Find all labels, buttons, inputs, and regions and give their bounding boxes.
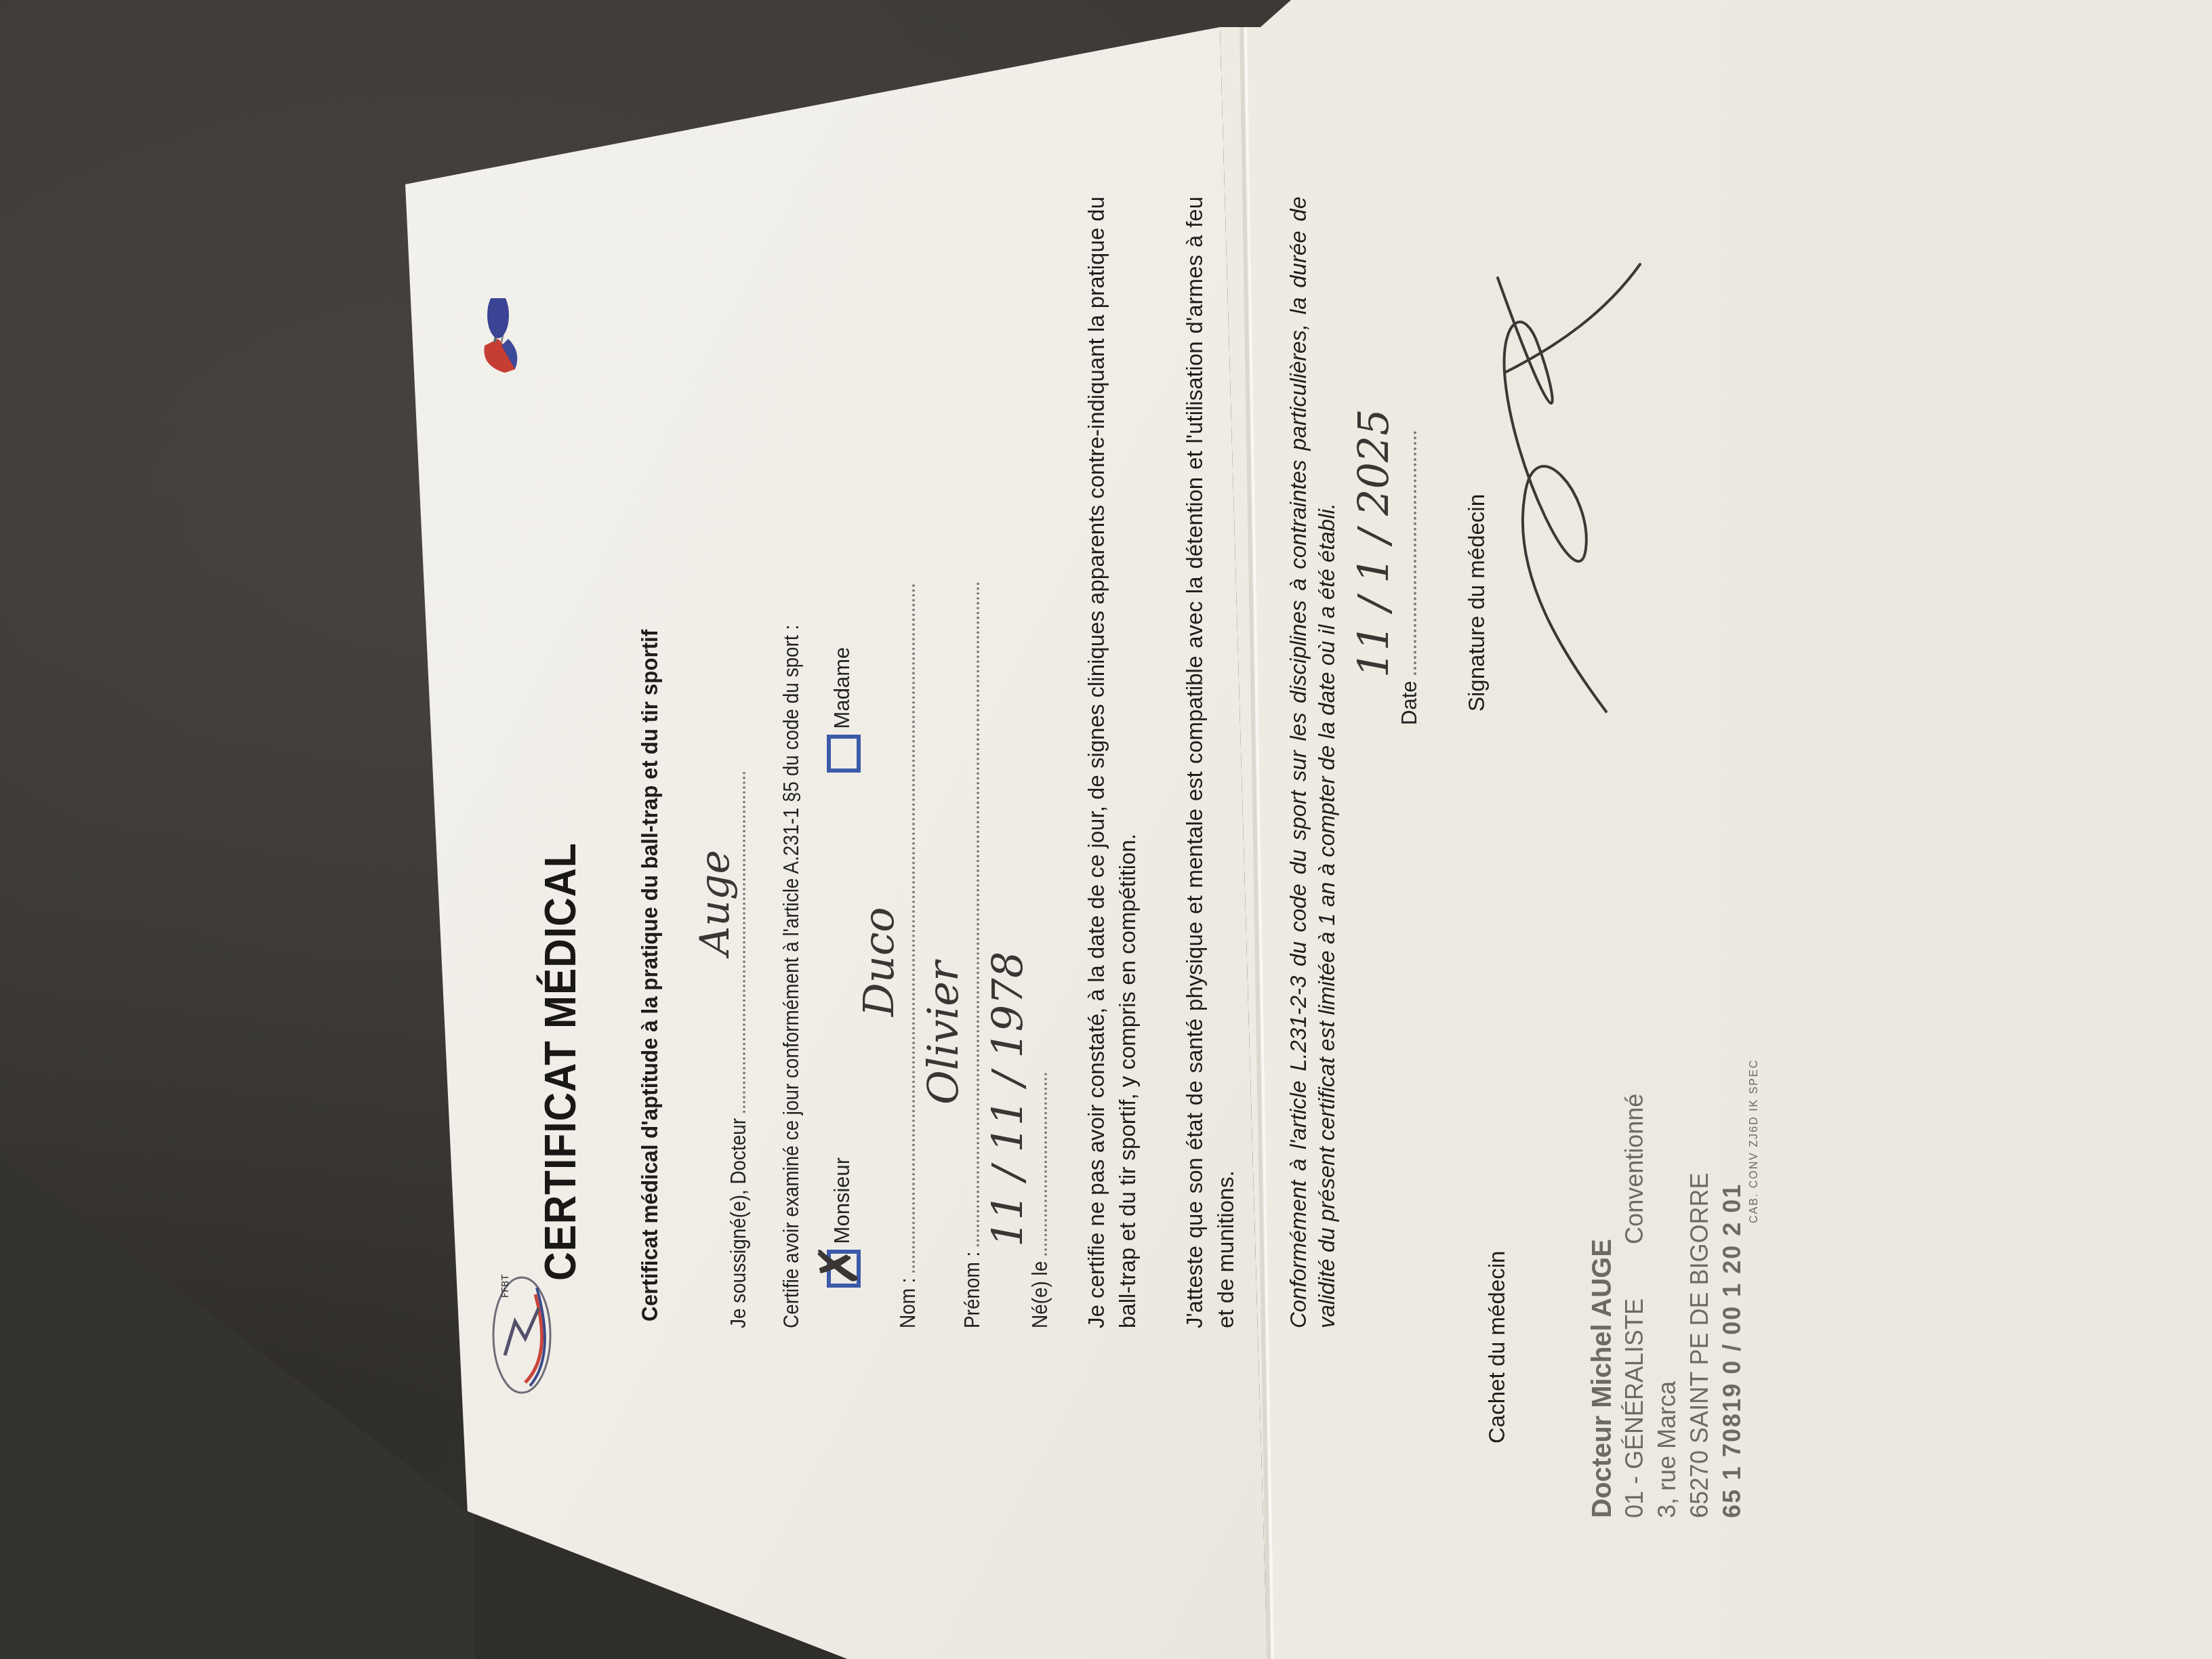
svg-text:FFBT: FFBT [500, 1274, 511, 1298]
stamp-code: 65 1 70819 0 / 00 1 20 2 01 [1716, 1059, 1748, 1518]
stamp-address-line2: 65270 SAINT PE DE BIGORRE [1683, 1059, 1716, 1518]
doctor-name-handwritten: Auge [691, 850, 739, 956]
doctor-label: Je soussigné(e), Docteur [726, 1118, 750, 1328]
monsieur-checkbox[interactable]: ✗ [827, 1250, 861, 1288]
paragraph-validity: Conformément à l'article L.231-2-3 du co… [1284, 197, 1341, 1328]
certificate-document: FFBT CERTIFICAT MÉDICAL Certificat médic… [468, 136, 1891, 1457]
rooster-emblem-icon [468, 298, 522, 380]
madame-checkbox[interactable] [827, 735, 861, 773]
cachet-label: Cachet du médecin [1484, 1251, 1510, 1443]
prenom-handwritten: Olivier [918, 961, 968, 1105]
paragraph-aptitude: Je certifie ne pas avoir constaté, à la … [1081, 197, 1143, 1328]
check-mark-icon: ✗ [812, 1242, 866, 1288]
subtitle: Certificat médical d'aptitude à la prati… [637, 630, 663, 1322]
federation-emblem-icon: FFBT [488, 1274, 556, 1396]
date-handwritten: 11 / 1 / 2025 [1349, 409, 1398, 678]
birthdate-label: Né(e) le [1028, 1261, 1052, 1328]
birthdate-handwritten: 11 / 11 / 1978 [983, 951, 1032, 1247]
date-label: Date [1397, 681, 1421, 725]
stamp-specialty: 01 - GÉNÉRALISTE [1620, 1298, 1648, 1518]
stamp-doctor-name: Docteur Michel AUGE [1586, 1059, 1618, 1518]
gender-option-madame[interactable]: Madame [827, 647, 861, 773]
prenom-line: Prénom : [959, 581, 985, 1328]
nom-label: Nom : [896, 1278, 920, 1328]
doctor-stamp: Docteur Michel AUGE 01 - GÉNÉRALISTE Con… [1586, 1059, 1761, 1518]
prenom-label: Prénom : [960, 1252, 984, 1328]
paragraph-attestation: J'atteste que son état de santé physique… [1179, 197, 1242, 1328]
date-field[interactable] [1396, 431, 1416, 675]
stamp-address-line1: 3, rue Marca [1651, 1059, 1683, 1518]
gender-option-monsieur[interactable]: ✗ Monsieur [827, 1158, 861, 1288]
date-line: Date [1396, 431, 1422, 725]
certifie-line: Certifie avoir examiné ce jour conformém… [779, 625, 804, 1328]
doctor-signature [1484, 237, 1660, 752]
page-title: CERTIFICAT MÉDICAL [535, 842, 586, 1281]
stamp-status: Conventionné [1620, 1094, 1648, 1244]
nom-handwritten: Duco [854, 907, 903, 1017]
monsieur-label: Monsieur [830, 1158, 854, 1244]
prenom-field[interactable] [959, 581, 979, 1246]
madame-label: Madame [830, 647, 854, 729]
stamp-code-labels: CAB. CONV ZJ6D IK SPEC [1748, 1059, 1761, 1223]
